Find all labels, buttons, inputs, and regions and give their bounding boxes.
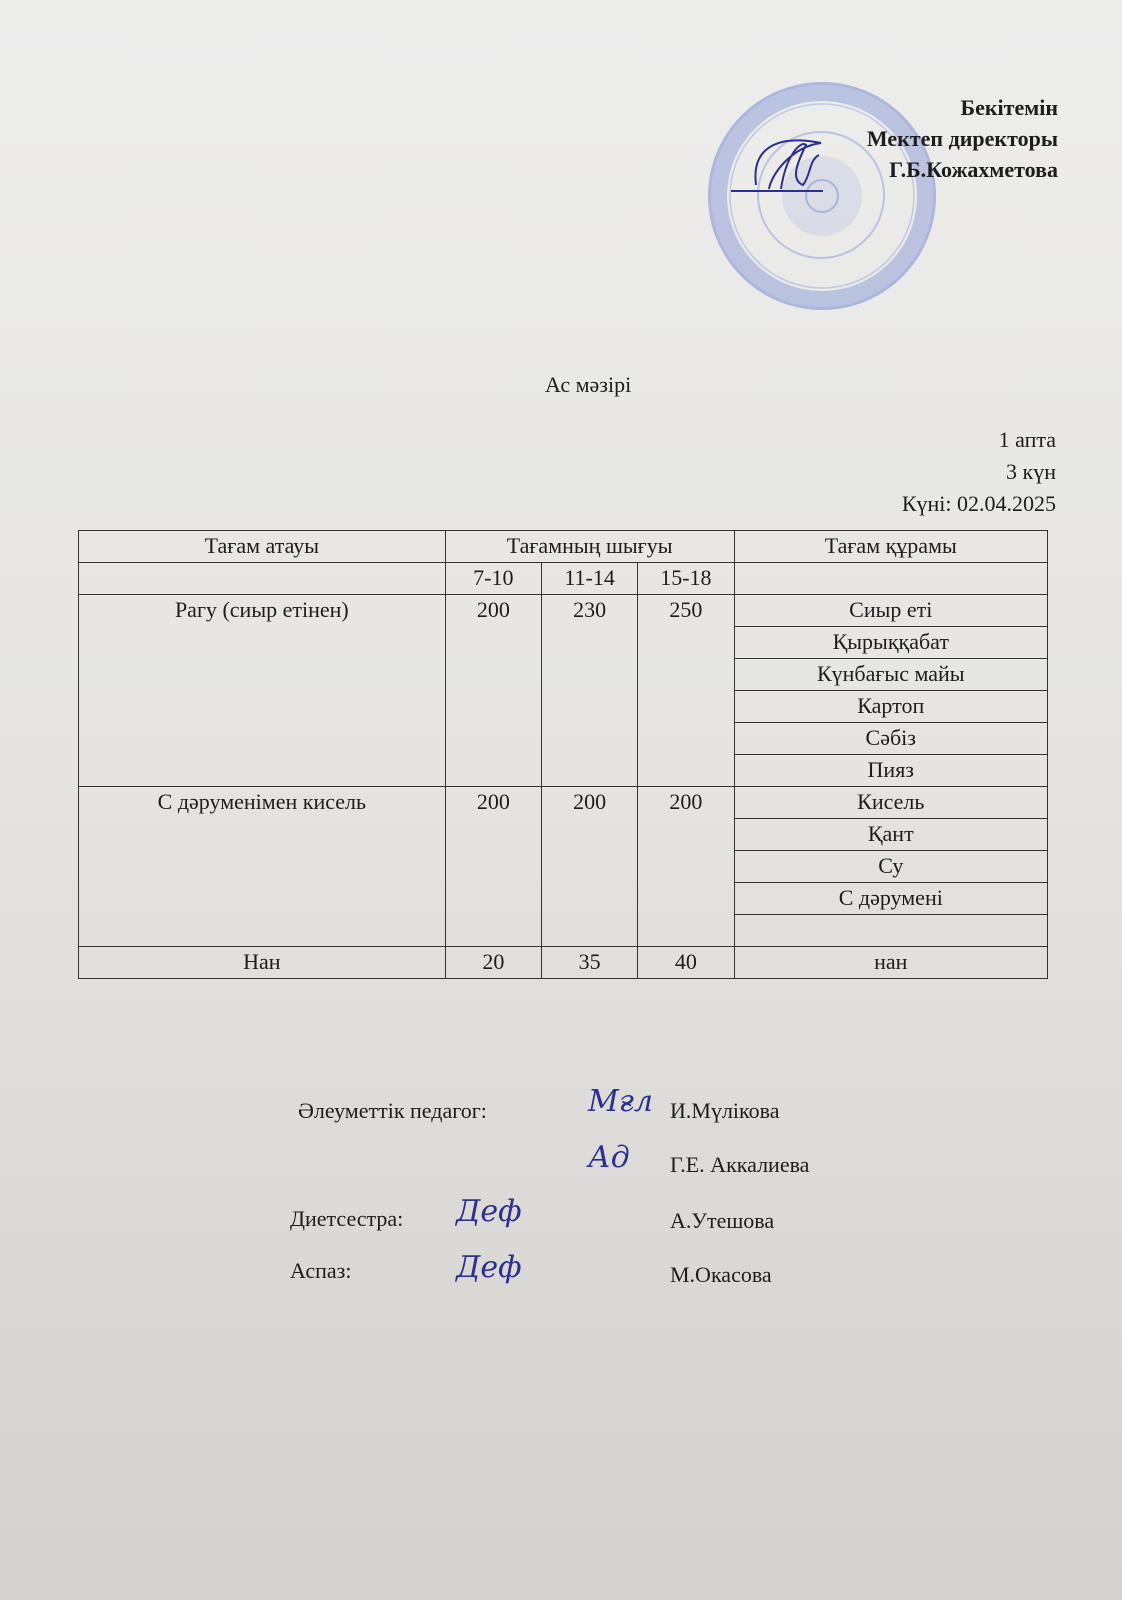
dish-name: С дәруменімен кисель	[79, 787, 446, 947]
ingredient: Сиыр еті	[734, 595, 1047, 627]
age-group-header: 15-18	[638, 563, 734, 595]
ingredient: Сәбіз	[734, 723, 1047, 755]
ingredient: Картоп	[734, 691, 1047, 723]
header-composition: Тағам құрамы	[734, 531, 1047, 563]
header-dish-name: Тағам атауы	[79, 531, 446, 563]
dish-value: 20	[445, 947, 541, 979]
ingredient: С дәрумені	[734, 883, 1047, 915]
ingredient: Кисель	[734, 787, 1047, 819]
signature-cook-icon: Деф	[456, 1250, 522, 1285]
dish-value: 35	[541, 947, 637, 979]
dish-value: 40	[638, 947, 734, 979]
age-group-header: 11-14	[541, 563, 637, 595]
menu-table: Тағам атауы Тағамның шығуы Тағам құрамы …	[78, 530, 1048, 979]
dietitian-name: А.Утешова	[670, 1208, 774, 1234]
ingredient: нан	[734, 947, 1047, 979]
header-blank	[79, 563, 446, 595]
menu-meta: 1 апта 3 күн Күні: 02.04.2025	[902, 424, 1056, 520]
cook-label: Аспаз:	[290, 1258, 351, 1284]
dish-value: 200	[445, 595, 541, 787]
dish-value: 250	[638, 595, 734, 787]
dish-value: 200	[445, 787, 541, 947]
cook-name: М.Окасова	[670, 1262, 772, 1288]
week-label: 1 апта	[902, 424, 1056, 456]
day-label: 3 күн	[902, 456, 1056, 488]
dish-value: 200	[541, 787, 637, 947]
dish-name: Нан	[79, 947, 446, 979]
date-label: Күні: 02.04.2025	[902, 488, 1056, 520]
approval-title: Бекітемін	[867, 92, 1058, 123]
social-pedagogue-name-2: Г.Е. Аккалиева	[670, 1152, 809, 1178]
header-blank	[734, 563, 1047, 595]
ingredient: Қант	[734, 819, 1047, 851]
approval-block: Бекітемін Мектеп директоры Г.Б.Кожахмето…	[867, 92, 1058, 185]
age-group-header: 7-10	[445, 563, 541, 595]
dish-name: Рагу (сиыр етінен)	[79, 595, 446, 787]
approval-position: Мектеп директоры	[867, 123, 1058, 154]
dietitian-label: Диетсестра:	[290, 1206, 403, 1232]
ingredient: Қырыққабат	[734, 627, 1047, 659]
dish-value: 200	[638, 787, 734, 947]
signature-dietitian-icon: Деф	[456, 1194, 522, 1229]
ingredient: Күнбағыс майы	[734, 659, 1047, 691]
signature-akkalieva-icon: Ад	[588, 1140, 630, 1175]
signature-mulikova-icon: Мғл	[588, 1084, 653, 1119]
dish-value: 230	[541, 595, 637, 787]
page-title: Ас мәзірі	[545, 372, 631, 398]
social-pedagogue-label: Әлеуметтік педагог:	[298, 1098, 487, 1124]
ingredient: Су	[734, 851, 1047, 883]
header-yield: Тағамның шығуы	[445, 531, 734, 563]
ingredient: Пияз	[734, 755, 1047, 787]
approval-director-name: Г.Б.Кожахметова	[867, 154, 1058, 185]
ingredient	[734, 915, 1047, 947]
social-pedagogue-name-1: И.Мүлікова	[670, 1098, 779, 1124]
